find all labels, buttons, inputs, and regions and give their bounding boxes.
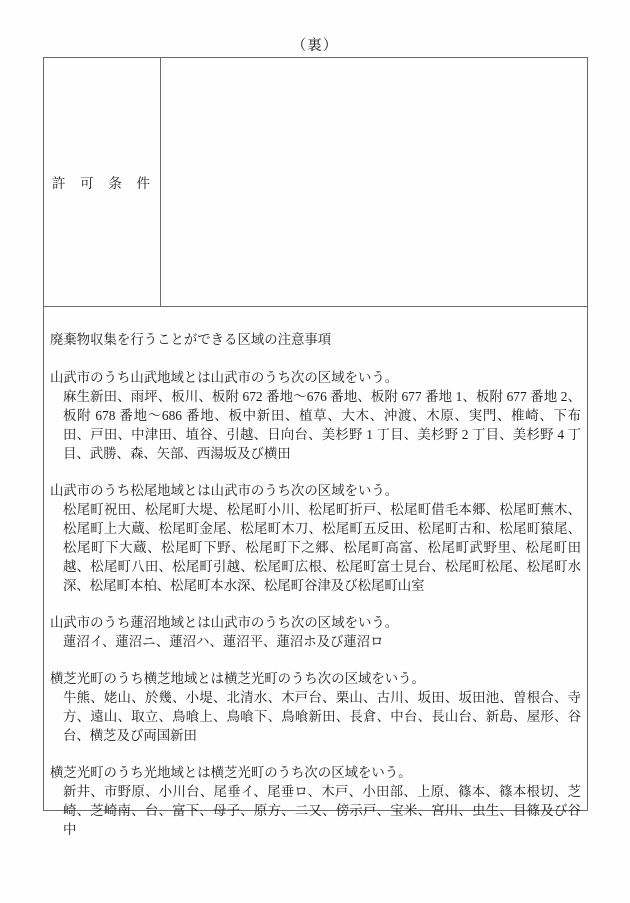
section-heading-yokoshiba: 横芝光町のうち横芝地域とは横芝光町のうち次の区域をいう。 xyxy=(50,669,581,688)
section-hikari-area: 横芝光町のうち光地域とは横芝光町のうち次の区域をいう。 新井、市野原、小川台、尾… xyxy=(50,763,581,839)
collection-area-notes-cell: 廃棄物収集を行うことができる区域の注意事項 山武市のうち山武地域とは山武市のうち… xyxy=(44,307,587,811)
permit-conditions-label: 許 可 条 件 xyxy=(44,172,160,192)
section-body-hikari: 新井、市野原、小川台、尾垂イ、尾垂ロ、木戸、小田部、上原、篠本、篠本根切、芝崎、… xyxy=(50,782,581,839)
permit-conditions-label-cell: 許 可 条 件 xyxy=(44,58,161,306)
section-body-yokoshiba: 牛熊、姥山、於幾、小堤、北清水、木戸台、栗山、古川、坂田、坂田池、曽根合、寺方、… xyxy=(50,688,581,745)
section-body-matsuo: 松尾町祝田、松尾町大堤、松尾町小川、松尾町折戸、松尾町借毛本郷、松尾町蕪木、松尾… xyxy=(50,500,581,595)
permit-label-char-3: 条 xyxy=(108,172,122,192)
section-heading-sanmu: 山武市のうち山武地域とは山武市のうち次の区域をいう。 xyxy=(50,368,581,387)
section-hasunuma-area: 山武市のうち蓮沼地域とは山武市のうち次の区域をいう。 蓮沼イ、蓮沼ニ、蓮沼ハ、蓮… xyxy=(50,613,581,651)
permit-label-char-2: 可 xyxy=(80,172,94,192)
permit-conditions-row: 許 可 条 件 xyxy=(44,58,587,307)
section-matsuo-area: 山武市のうち松尾地域とは山武市のうち次の区域をいう。 松尾町祝田、松尾町大堤、松… xyxy=(50,481,581,595)
notes-title: 廃棄物収集を行うことができる区域の注意事項 xyxy=(50,330,581,349)
permit-form-table: 許 可 条 件 廃棄物収集を行うことができる区域の注意事項 山武市のうち山武地域… xyxy=(43,57,588,811)
permit-label-char-1: 許 xyxy=(52,172,66,192)
section-heading-hasunuma: 山武市のうち蓮沼地域とは山武市のうち次の区域をいう。 xyxy=(50,613,581,632)
section-heading-matsuo: 山武市のうち松尾地域とは山武市のうち次の区域をいう。 xyxy=(50,481,581,500)
section-body-sanmu: 麻生新田、雨坪、板川、板附 672 番地～676 番地、板附 677 番地 1、… xyxy=(50,387,581,463)
permit-label-char-4: 件 xyxy=(136,172,150,192)
section-yokoshiba-area: 横芝光町のうち横芝地域とは横芝光町のうち次の区域をいう。 牛熊、姥山、於幾、小堤… xyxy=(50,669,581,745)
permit-conditions-value-cell xyxy=(161,58,587,306)
section-sanmu-area: 山武市のうち山武地域とは山武市のうち次の区域をいう。 麻生新田、雨坪、板川、板附… xyxy=(50,368,581,463)
document-page: （裏） 許 可 条 件 廃棄物収集を行うことができる区域の注意事項 山武市のうち… xyxy=(0,0,630,903)
section-heading-hikari: 横芝光町のうち光地域とは横芝光町のうち次の区域をいう。 xyxy=(50,763,581,782)
section-body-hasunuma: 蓮沼イ、蓮沼ニ、蓮沼ハ、蓮沼平、蓮沼ホ及び蓮沼ロ xyxy=(50,632,581,651)
page-side-label: （裏） xyxy=(0,34,630,55)
